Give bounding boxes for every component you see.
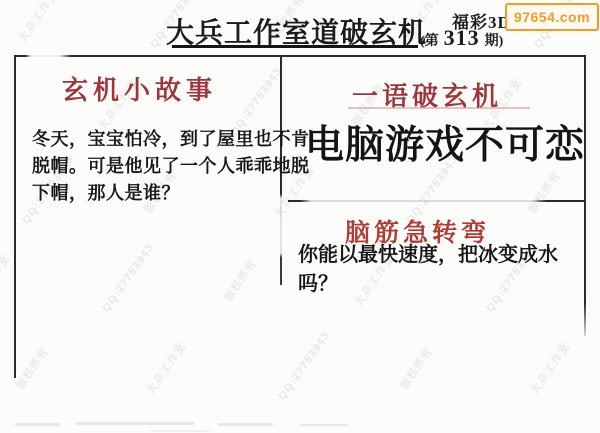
watermark-text: QQ:27753943 — [100, 241, 156, 314]
watermark-text: 版权所有 — [220, 256, 261, 304]
scan-smudge — [15, 423, 60, 426]
watermark-text: 版权所有 — [0, 80, 4, 128]
scan-smudge — [300, 424, 348, 426]
frame-border-left — [14, 55, 16, 378]
story-text: 冬天，宝宝怕冷，到了屋里也不肯 脱帽。可是他见了一个人乖乖地脱 下帽，那人是谁？ — [32, 126, 280, 207]
frame-border-top — [14, 55, 586, 57]
story-line: 冬天，宝宝怕冷，到了屋里也不肯 — [32, 126, 280, 153]
watermark-text: 大兵工作室 — [14, 0, 62, 45]
watermark-text: 大兵工作室 — [0, 251, 14, 309]
scan-smudge — [150, 430, 210, 432]
scan-smudge — [218, 423, 273, 426]
title-underline — [172, 45, 418, 48]
scan-smudge — [75, 422, 195, 425]
mystery-phrase: 电脑游戏不可恋 — [305, 114, 585, 170]
issue-suffix: 期) — [485, 30, 504, 50]
watermark-layer: 大兵工作室QQ:27753943版权所有大兵工作室QQ:27753943版权所有… — [0, 0, 600, 433]
riddle-text: 你能以最快速度，把冰变成水 吗？ — [298, 241, 578, 299]
watermark-text: 版权所有 — [524, 168, 565, 216]
riddle-line: 你能以最快速度，把冰变成水 — [298, 241, 578, 270]
frame-border-right — [584, 55, 586, 336]
watermark-text: 版权所有 — [12, 344, 53, 392]
issue-number: 313 — [444, 25, 480, 51]
story-section-heading: 玄机小故事 — [62, 70, 217, 107]
issue-number-line: (第 313 期) — [420, 25, 503, 51]
watermark-text: 大兵工作室 — [142, 339, 190, 397]
phrase-section-heading: 一语破玄机 — [352, 76, 502, 113]
site-watermark-text: 97654.com — [514, 9, 590, 25]
story-line: 脱帽。可是他见了一个人乖乖地脱 — [32, 153, 280, 180]
right-section-divider — [288, 200, 585, 202]
site-watermark-box: 97654.com — [505, 3, 599, 31]
watermark-text: 版权所有 — [396, 344, 437, 392]
riddle-line: 吗？ — [298, 270, 578, 299]
story-line: 下帽，那人是谁？ — [32, 180, 280, 207]
watermark-text: 大兵工作室 — [526, 339, 574, 397]
watermark-text: QQ:27753943 — [276, 329, 332, 402]
issue-prefix: (第 — [420, 30, 439, 50]
lottery-puzzle-sheet: 大兵工作室QQ:27753943版权所有大兵工作室QQ:27753943版权所有… — [0, 0, 600, 433]
